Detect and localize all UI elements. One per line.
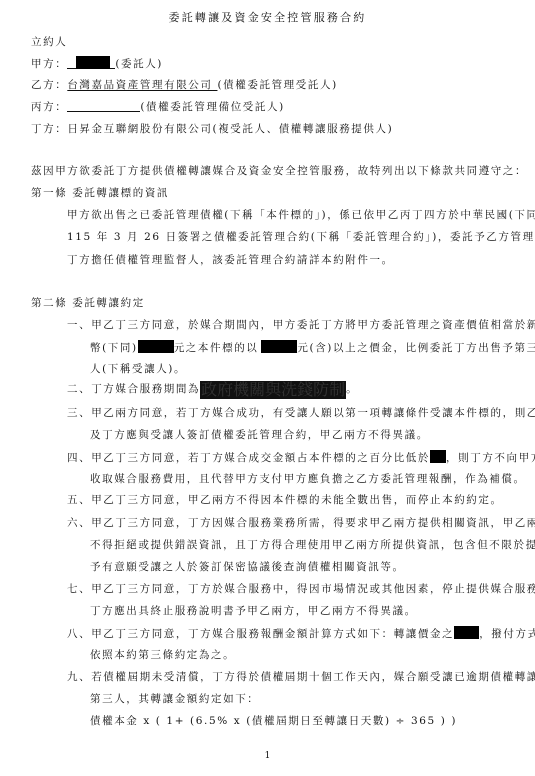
party-a-underline: [67, 57, 76, 69]
item-text: 甲乙丁三方同意，丁方因媒合服務業務所需，得要求甲乙兩方提供相關資訊，甲乙兩方: [91, 517, 535, 529]
article-1-line-3: 丁方擔任債權管理監督人，該委託管理合約請詳本約附件一。: [67, 253, 394, 267]
article-2-item-9-line-2: 第三人，其轉讓金額約定如下：: [90, 692, 259, 706]
article-2-item-6-line-2: 不得拒絕或提供錯誤資訊，且丁方得合理使用甲乙兩方所提供資訊，包含但不限於提供: [90, 538, 535, 552]
item-number: 七、: [67, 583, 91, 595]
item-text: 幣(下同): [90, 342, 138, 354]
article-2-item-5: 五、甲乙丁三方同意，甲乙兩方不得因本件標的未能全數出售，而停止本約約定。: [67, 493, 503, 507]
article-2-item-7-line-2: 丁方應出具終止服務說明書予甲乙兩方，甲乙兩方不得異議。: [90, 604, 417, 618]
article-1-line-2: 115 年 3 月 26 日簽署之債權委託管理合約(下稱「委託管理合約」)，委託…: [67, 230, 535, 244]
item-text: 丁方媒合服務期間為: [91, 383, 200, 395]
party-b-role: (債權委託管理受託人): [217, 79, 337, 91]
amount-redacted: [138, 340, 174, 353]
page-number: 1: [0, 749, 535, 763]
item-text: ，則丁方不向甲方: [446, 452, 535, 464]
item-number: 六、: [67, 517, 91, 529]
percentage-redacted: [430, 450, 446, 463]
item-text: 元(含)以上之價金，比例委託丁方出售予第三: [297, 342, 535, 354]
price-redacted: [261, 340, 297, 353]
item-text: 甲乙丁三方同意，丁方於媒合服務中，得因市場情況或其他因素，停止提供媒合服務。: [91, 583, 535, 595]
article-1-line-1: 甲方欲出售之已委託管理債權(下稱「本件標的」)，係已依甲乙丙丁四方於中華民國(下…: [67, 208, 535, 222]
article-2-item-4-line-2: 收取媒合服務費用，且代替甲方支付甲方應負擔之乙方委託管理報酬，作為補償。: [90, 472, 526, 486]
item-number: 三、: [67, 407, 91, 419]
item-text: 甲乙丁三方同意，若丁方媒合成交金額占本件標的之百分比低於: [91, 452, 430, 464]
transfer-amount-formula: 債權本金 x ( 1+ (6.5% x (債權屆期日至轉讓日天數) ÷ 365 …: [90, 714, 457, 728]
party-d-role: (複受託人、債權轉讓服務提供人): [213, 123, 394, 135]
item-text: 若債權屆期未受清償，丁方得於債權屆期十個工作天內，媒合願受讓已逾期債權轉讓予: [91, 671, 535, 683]
item-text: 甲乙丁三方同意，丁方媒合服務報酬金額計算方式如下：轉讓價金之: [91, 628, 454, 640]
party-b-label: 乙方：: [31, 79, 67, 91]
party-c-role: (債權委託管理備位受託人): [140, 101, 285, 113]
party-a-label: 甲方：: [31, 58, 67, 70]
party-a-role: (委託人): [115, 58, 163, 70]
article-2-item-8-line-2: 依照本約第三條約定為之。: [90, 648, 235, 662]
item-text: 甲乙丁三方同意，於媒合期間內，甲方委託丁方將甲方委託管理之資產價值相當於新台: [91, 319, 535, 331]
item-text: 甲乙丁三方同意，甲乙兩方不得因本件標的未能全數出售，而停止本約約定。: [91, 494, 502, 506]
article-2-item-3: 三、甲乙兩方同意，若丁方媒合成功，有受讓人願以第一項轉讓條件受讓本件標的，則乙方: [67, 406, 535, 420]
document-title: 委託轉讓及資金安全控管服務合約: [0, 11, 535, 25]
item-text: ，撥付方式: [479, 628, 535, 640]
article-2-item-8: 八、甲乙丁三方同意，丁方媒合服務報酬金額計算方式如下：轉讓價金之，撥付方式: [67, 626, 535, 641]
item-number: 五、: [67, 494, 91, 506]
party-d-line: 丁方：日昇金互聯網股份有限公司(複受託人、債權轉讓服務提供人): [31, 122, 393, 136]
item-text: 元之本件標的以: [174, 342, 259, 354]
party-a-line: 甲方：(委託人): [31, 56, 163, 71]
article-2-item-1: 一、甲乙丁三方同意，於媒合期間內，甲方委託丁方將甲方委託管理之資產價值相當於新台: [67, 318, 535, 332]
party-d-name: 日昇金互聯網股份有限公司: [67, 123, 212, 135]
article-2-item-7: 七、甲乙丁三方同意，丁方於媒合服務中，得因市場情況或其他因素，停止提供媒合服務。: [67, 582, 535, 596]
article-2-item-1-line-2: 幣(下同)元之本件標的以元(含)以上之價金，比例委託丁方出售予第三: [90, 340, 535, 355]
article-2-item-9: 九、若債權屆期未受清償，丁方得於債權屆期十個工作天內，媒合願受讓已逾期債權轉讓予: [67, 670, 535, 684]
item-number: 一、: [67, 319, 91, 331]
item-text: 。: [346, 383, 358, 395]
item-number: 八、: [67, 628, 91, 640]
article-2-item-3-line-2: 及丁方應與受讓人簽訂債權委託管理合約，甲乙兩方不得異議。: [90, 428, 429, 442]
item-number: 四、: [67, 452, 91, 464]
party-c-label: 丙方：: [31, 101, 67, 113]
party-c-line: 丙方：(債權委託管理備位受託人): [31, 100, 285, 114]
party-b-name: 台灣嘉品資產管理有限公司: [67, 79, 212, 91]
article-2-item-2: 二、丁方媒合服務期間為政府機關與洗錢防制。: [67, 381, 358, 399]
article-2-item-1-line-3: 人(下稱受讓人)。: [90, 362, 186, 376]
item-text: 甲乙兩方同意，若丁方媒合成功，有受讓人願以第一項轉讓條件受讓本件標的，則乙方: [91, 407, 535, 419]
party-c-name-blank: [67, 100, 140, 112]
party-b-line: 乙方：台灣嘉品資產管理有限公司 (債權委託管理受託人): [31, 78, 338, 92]
article-2-heading: 第二條 委託轉讓約定: [31, 296, 145, 310]
fee-rate-redacted: [454, 626, 479, 639]
item-number: 九、: [67, 671, 91, 683]
item-number: 二、: [67, 383, 91, 395]
article-2-item-6-line-3: 予有意願受讓之人於簽訂保密協議後查詢債權相關資訊等。: [90, 560, 405, 574]
party-d-label: 丁方：: [31, 123, 67, 135]
highlighted-redaction: 政府機關與洗錢防制: [200, 381, 346, 399]
parties-heading: 立約人: [31, 35, 67, 49]
article-1-heading: 第一條 委託轉讓標的資訊: [31, 186, 169, 200]
article-2-item-6: 六、甲乙丁三方同意，丁方因媒合服務業務所需，得要求甲乙兩方提供相關資訊，甲乙兩方: [67, 516, 535, 530]
preamble: 茲因甲方欲委託丁方提供債權轉讓媒合及資金安全控管服務，故特列出以下條款共同遵守之…: [31, 164, 527, 178]
party-a-name-redacted: [76, 56, 110, 69]
article-2-item-4: 四、甲乙丁三方同意，若丁方媒合成交金額占本件標的之百分比低於，則丁方不向甲方: [67, 450, 535, 465]
